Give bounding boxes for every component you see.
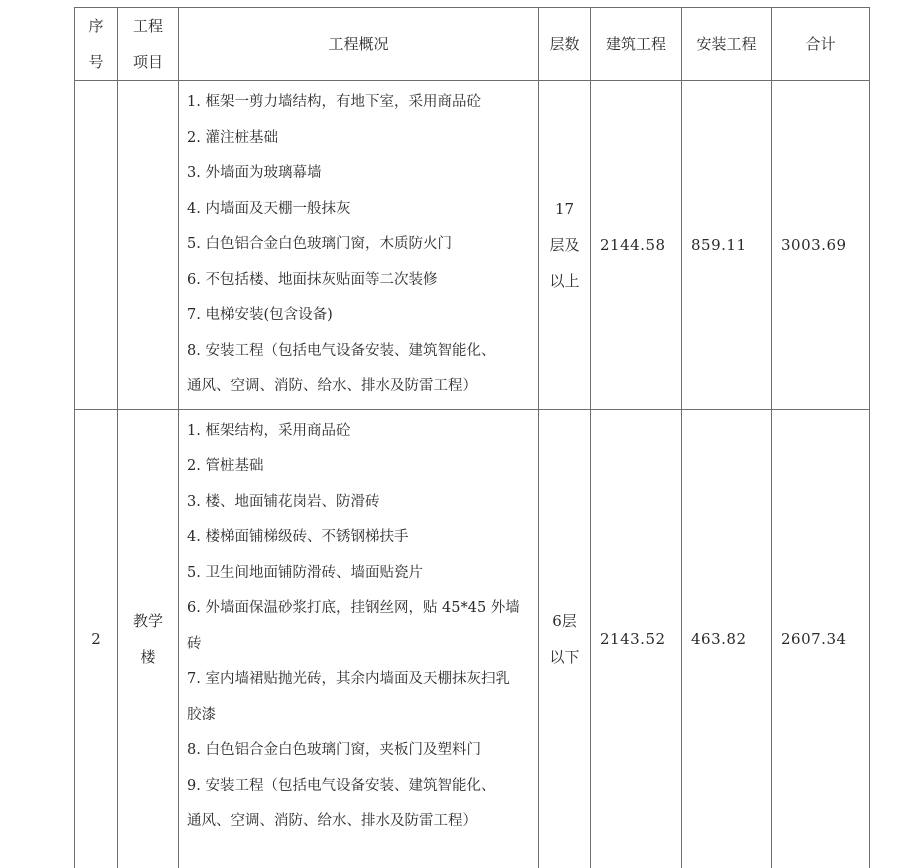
- overview-line: 通风、空调、消防、给水、排水及防雷工程）: [187, 804, 534, 840]
- overview-line: 4. 楼梯面铺梯级砖、不锈钢梯扶手: [187, 520, 534, 556]
- overview-line: 9. 安装工程（包括电气设备安装、建筑智能化、: [187, 769, 534, 805]
- overview-line: 3. 外墙面为玻璃幕墙: [187, 156, 534, 192]
- row-overview: 1. 框架结构，采用商品砼 2. 管桩基础 3. 楼、地面铺花岗岩、防滑砖 4.…: [179, 409, 539, 868]
- overview-line: 8. 白色铝合金白色玻璃门窗，夹板门及塑料门: [187, 733, 534, 769]
- overview-line: 2. 灌注桩基础: [187, 121, 534, 157]
- overview-line: 4. 内墙面及天棚一般抹灰: [187, 192, 534, 228]
- overview-line: 通风、空调、消防、给水、排水及防雷工程）: [187, 369, 534, 405]
- overview-line: 5. 卫生间地面铺防滑砖、墙面贴瓷片: [187, 556, 534, 592]
- table-row: 2 教学楼 1. 框架结构，采用商品砼 2. 管桩基础 3. 楼、地面铺花岗岩、…: [75, 409, 870, 868]
- row-project: 教学楼: [118, 409, 179, 868]
- table-row: 1. 框架一剪力墙结构，有地下室，采用商品砼 2. 灌注桩基础 3. 外墙面为玻…: [75, 81, 870, 410]
- row-total-cost: 2607.34: [772, 409, 870, 868]
- overview-line: 6. 外墙面保温砂浆打底，挂钢丝网，贴 45*45 外墙: [187, 591, 534, 627]
- row-overview: 1. 框架一剪力墙结构，有地下室，采用商品砼 2. 灌注桩基础 3. 外墙面为玻…: [179, 81, 539, 410]
- overview-line: 6. 不包括楼、地面抹灰贴面等二次装修: [187, 263, 534, 299]
- row-total-cost: 3003.69: [772, 81, 870, 410]
- overview-line: 5. 白色铝合金白色玻璃门窗，木质防火门: [187, 227, 534, 263]
- overview-line: 3. 楼、地面铺花岗岩、防滑砖: [187, 485, 534, 521]
- header-seq: 序号: [75, 8, 118, 81]
- header-overview: 工程概况: [179, 8, 539, 81]
- row-floors: 6层以下: [539, 409, 591, 868]
- overview-line: 1. 框架一剪力墙结构，有地下室，采用商品砼: [187, 85, 534, 121]
- header-building: 建筑工程: [591, 8, 682, 81]
- row-floors: 17层及以上: [539, 81, 591, 410]
- row-building-cost: 2144.58: [591, 81, 682, 410]
- row-seq: 2: [75, 409, 118, 868]
- header-row: 序号 工程项目 工程概况 层数 建筑工程 安装工程 合计: [75, 8, 870, 81]
- overview-line: 胶漆: [187, 698, 534, 734]
- project-cost-table: 序号 工程项目 工程概况 层数 建筑工程 安装工程 合计 1. 框架一剪力墙结构…: [74, 7, 870, 868]
- overview-line: 2. 管桩基础: [187, 449, 534, 485]
- row-seq: [75, 81, 118, 410]
- header-total: 合计: [772, 8, 870, 81]
- row-installation-cost: 463.82: [682, 409, 772, 868]
- overview-line: 7. 室内墙裙贴抛光砖，其余内墙面及天棚抹灰扫乳: [187, 662, 534, 698]
- row-building-cost: 2143.52: [591, 409, 682, 868]
- overview-line: 8. 安装工程（包括电气设备安装、建筑智能化、: [187, 334, 534, 370]
- header-project: 工程项目: [118, 8, 179, 81]
- overview-line: 7. 电梯安装(包含设备): [187, 298, 534, 334]
- overview-line: 砖: [187, 627, 534, 663]
- header-installation: 安装工程: [682, 8, 772, 81]
- overview-line: 1. 框架结构，采用商品砼: [187, 414, 534, 450]
- header-floors: 层数: [539, 8, 591, 81]
- row-installation-cost: 859.11: [682, 81, 772, 410]
- row-project: [118, 81, 179, 410]
